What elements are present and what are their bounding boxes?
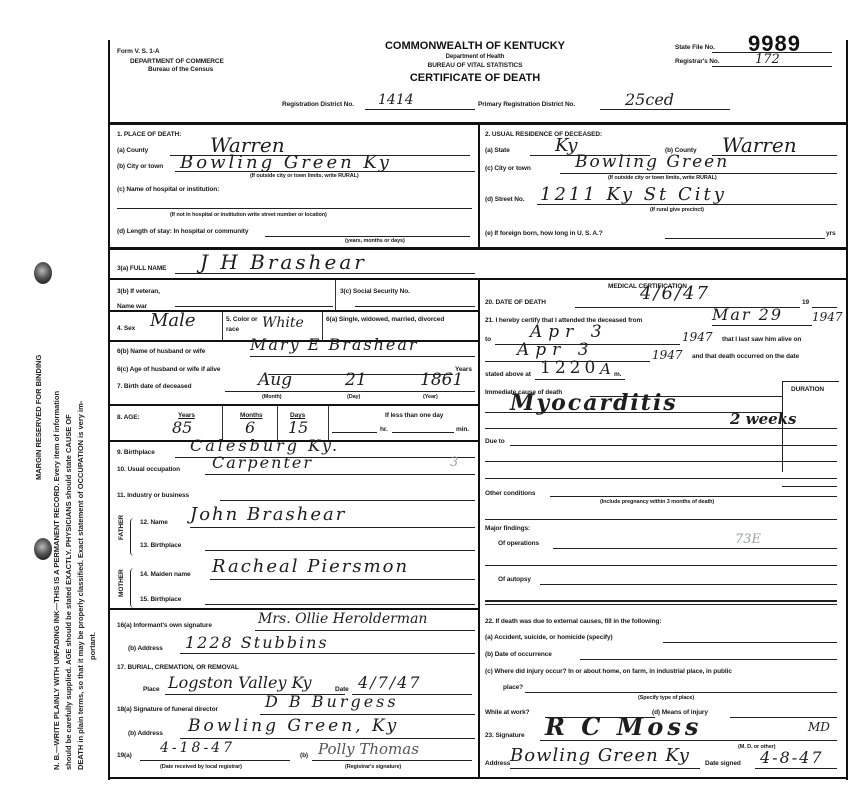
ssn-label: 3(c) Social Security No. [340,284,410,299]
accident-label: (a) Accident, suicide, or homicide (spec… [485,634,613,641]
birth-year-note: (Year) [423,394,438,400]
informant-address-label: (b) Address [128,645,163,652]
date-signed-label: Date signed [705,760,741,767]
to-label: to [485,336,491,343]
res-street-note: (If rural give precinct) [650,207,704,213]
pod-stay-note: (years, months or days) [345,238,405,244]
time-m-label: m. [614,371,621,378]
attended-from-value: Mar 29 [712,305,783,324]
mother-birthplace-label: 15. Birthplace [140,596,181,603]
last-seen-year: 1947 [652,348,683,362]
spouse-name-value: Mary E Brashear [250,335,419,354]
pod-stay-label: (d) Length of stay: In hospital or commu… [117,228,248,235]
father-birthplace-label: 13. Birthplace [140,542,181,549]
margin-instructions-4: portant. [88,632,98,660]
physician-address-label: Address [485,760,510,767]
state-title: COMMONWEALTH OF KENTUCKY [360,40,590,52]
pod-hospital-note: (If not in hospital or institution write… [170,212,327,218]
birthplace-label: 9. Birthplace [117,449,155,456]
registrar-number-label: Registrar's No. [675,58,719,65]
race-label: 5. Color or race [226,315,266,335]
sex-label: 4. Sex [117,325,135,332]
immediate-cause-value: Myocarditis [510,390,678,416]
form-border-left [108,40,110,780]
binding-margin: MARGIN RESERVED FOR BINDING N. B.—WRITE … [0,0,100,801]
time-of-death-value: 1220 [540,358,599,378]
burial-heading: 17. BURIAL, CREMATION, OR REMOVAL [117,664,239,671]
primary-district-number: 25ced [625,90,674,109]
res-street-label: (d) Street No. [485,196,524,203]
physician-address-value: Bowling Green Ky [510,745,690,766]
res-foreign-suffix: yrs [826,230,835,237]
date-of-death-value: 4/6/47 [640,283,710,304]
res-foreign-label: (e) If foreign born, how long in U. S. A… [485,230,603,237]
operations-code: 73E [735,532,761,547]
registration-district-label: Registration District No. [282,101,354,108]
registration-district-number: 1414 [378,92,414,108]
department-commerce: DEPARTMENT OF COMMERCE [130,58,224,65]
at-work-label: While at work? [485,709,529,716]
date-of-death-suffix: 19 [802,299,809,306]
full-name-value: J H Brashear [200,250,367,274]
occupation-value: Carpenter [212,453,313,472]
last-saw-text: that I last saw him alive on [722,336,801,343]
last-seen-value: Apr 3 [517,340,595,360]
age-label: 8. AGE: [117,414,140,421]
state-file-label: State File No. [675,44,715,51]
registrar-date-label: 19(a) [117,752,132,759]
operations-label: Of operations [498,540,539,547]
age-months-value: 6 [245,418,255,437]
birth-date-label: 7. Birth date of deceased [117,383,191,390]
occupation-code: 3 [450,455,458,470]
full-name-label: 3(a) FULL NAME [117,265,166,272]
burial-place-value: Logston Valley Ky [168,673,312,692]
father-name-value: John Brashear [190,504,346,525]
registrar-signature-value: Polly Thomas [318,740,419,758]
pod-city-value: Bowling Green Ky [180,152,392,173]
pod-county-label: (a) County [117,147,148,154]
column-divider [478,122,480,248]
column-divider-lower [478,278,480,778]
margin-instructions-2: should be carefully supplied. AGE should… [64,414,74,770]
funeral-director-address-label: (b) Address [128,730,163,737]
res-city-note: (If outside city or town limits, write R… [608,175,717,181]
primary-district-label: Primary Registration District No. [478,101,575,108]
registrar-date-value: 4-18-47 [160,740,235,756]
binding-note: MARGIN RESERVED FOR BINDING [34,355,44,480]
duration-value: 2 weeks [730,410,797,428]
form-number: Form V. S. 1-A [117,48,159,55]
informant-signature-label: 16(a) Informant's own signature [117,622,212,629]
mother-name-label: 14. Maiden name [140,571,191,578]
binding-hole-bottom [34,538,52,560]
form-bottom-border [108,777,848,779]
physician-signature-label: 23. Signature [485,732,525,739]
pod-city-note: (If outside city or town limits, write R… [250,173,359,179]
attended-to-value: Apr 3 [530,322,608,342]
birth-month: Aug [258,370,292,390]
bureau-census: Bureau of the Census [148,66,213,73]
duration-label: DURATION [791,386,824,393]
race-value: White [262,315,304,331]
injury-place-label: place? [503,684,523,691]
external-heading: 22. If death was due to external causes,… [485,618,661,625]
binding-hole-top [34,262,52,284]
registrar-signature-note: (Registrar's signature) [345,764,401,770]
injury-place-question: (c) Where did injury occur? In or about … [485,668,732,675]
autopsy-label: Of autopsy [498,576,531,583]
form-border-right [846,40,848,780]
spouse-name-label: 6(b) Name of husband or wife [117,348,205,355]
place-of-death-heading: 1. PLACE OF DEATH: [117,131,181,138]
occurrence-date-label: (b) Date of occurrence [485,651,552,658]
residence-heading: 2. USUAL RESIDENCE OF DECEASED: [485,131,602,138]
other-conditions-label: Other conditions [485,490,535,497]
registrar-date-note: (Date received by local registrar) [160,764,242,770]
res-street-value: 1211 Ky St City [540,184,727,205]
stated-label: stated above at [485,371,531,378]
major-findings-label: Major findings: [485,525,530,532]
burial-place-label: Place [143,686,160,693]
informant-address-value: 1228 Stubbins [185,633,329,652]
father-name-label: 12. Name [140,519,168,526]
informant-signature-value: Mrs. Ollie Herolderman [258,611,427,627]
date-of-death-label: 20. DATE OF DEATH [485,299,546,306]
sex-value: Male [150,310,196,331]
time-of-death-suffix: A [600,360,611,378]
res-county-value: Warren [722,133,797,157]
birth-day-note: (Day) [347,394,360,400]
res-state-label: (a) State [485,147,510,154]
certificate-title: CERTIFICATE OF DEATH [360,72,590,84]
hours-label: hr. [380,426,388,433]
mother-name-value: Racheal Piersmon [212,556,409,577]
marital-label: 6(a) Single, widowed, married, divorced [326,315,474,325]
occurred-text: and that death occurred on the date [692,353,799,360]
physician-credential: MD [808,720,830,734]
bureau-vital-statistics: BUREAU OF VITAL STATISTICS [360,62,590,69]
minutes-label: min. [456,426,469,433]
burial-date-value: 4/7/47 [358,673,422,692]
funeral-director-value: D B Burgess [265,692,399,711]
birth-day: 21 [345,370,367,390]
spouse-age-label: 6(c) Age of husband or wife if alive [117,366,220,373]
due-to-label: Due to [485,438,505,445]
industry-label: 11. Industry or business [117,492,189,499]
injury-place-note: (Specify type of place) [638,695,694,701]
father-side-label: FATHER [118,515,125,540]
birth-month-note: (Month) [262,394,281,400]
occupation-label: 10. Usual occupation [117,466,180,473]
registrar-number: 172 [755,52,780,67]
attended-to-year: 1947 [682,330,713,344]
res-city-value: Bowling Green [575,152,729,172]
registrar-signature-label: (b) [300,752,308,759]
mother-side-label: MOTHER [118,569,125,597]
margin-instructions-3: DEATH in plain terms, so that it may be … [76,401,86,770]
department-health: Department of Health [360,54,590,60]
physician-signature-value: R C Moss [545,712,702,741]
attended-from-year: 1947 [812,310,843,324]
pod-hospital-label: (c) Name of hospital or institution: [117,186,219,193]
funeral-director-address-value: Bowling Green, Ky [188,716,399,736]
funeral-director-label: 18(a) Signature of funeral director [117,706,218,713]
date-signed-value: 4-8-47 [760,748,824,767]
pod-city-label: (b) City or town [117,163,163,170]
age-days-value: 15 [288,418,308,437]
less-than-day-label: If less than one day [385,412,443,419]
birth-year: 1861 [420,370,463,390]
age-years-value: 85 [172,418,192,437]
res-city-label: (c) City or town [485,165,531,172]
other-conditions-note: (Include pregnancy within 3 months of de… [600,499,714,505]
margin-instructions-1: N. B.—WRITE PLAINLY WITH UNFADING INK—TH… [52,391,62,770]
